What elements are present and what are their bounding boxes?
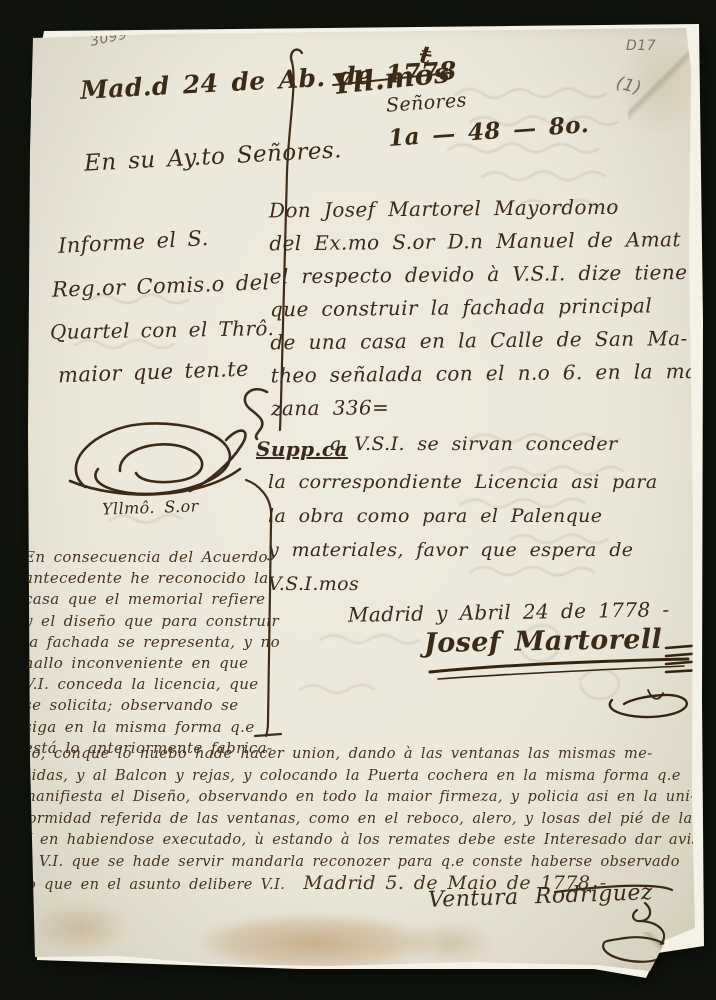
scan-background: 3099 D17 (1) t Mad.d 24 de Ab. de 1778 Y… [0,0,716,1000]
paper-stack: 3099 D17 (1) t Mad.d 24 de Ab. de 1778 Y… [0,0,716,1000]
manuscript-page: 3099 D17 (1) t Mad.d 24 de Ab. de 1778 Y… [0,0,716,1000]
report-signature-rubric [0,0,716,1000]
